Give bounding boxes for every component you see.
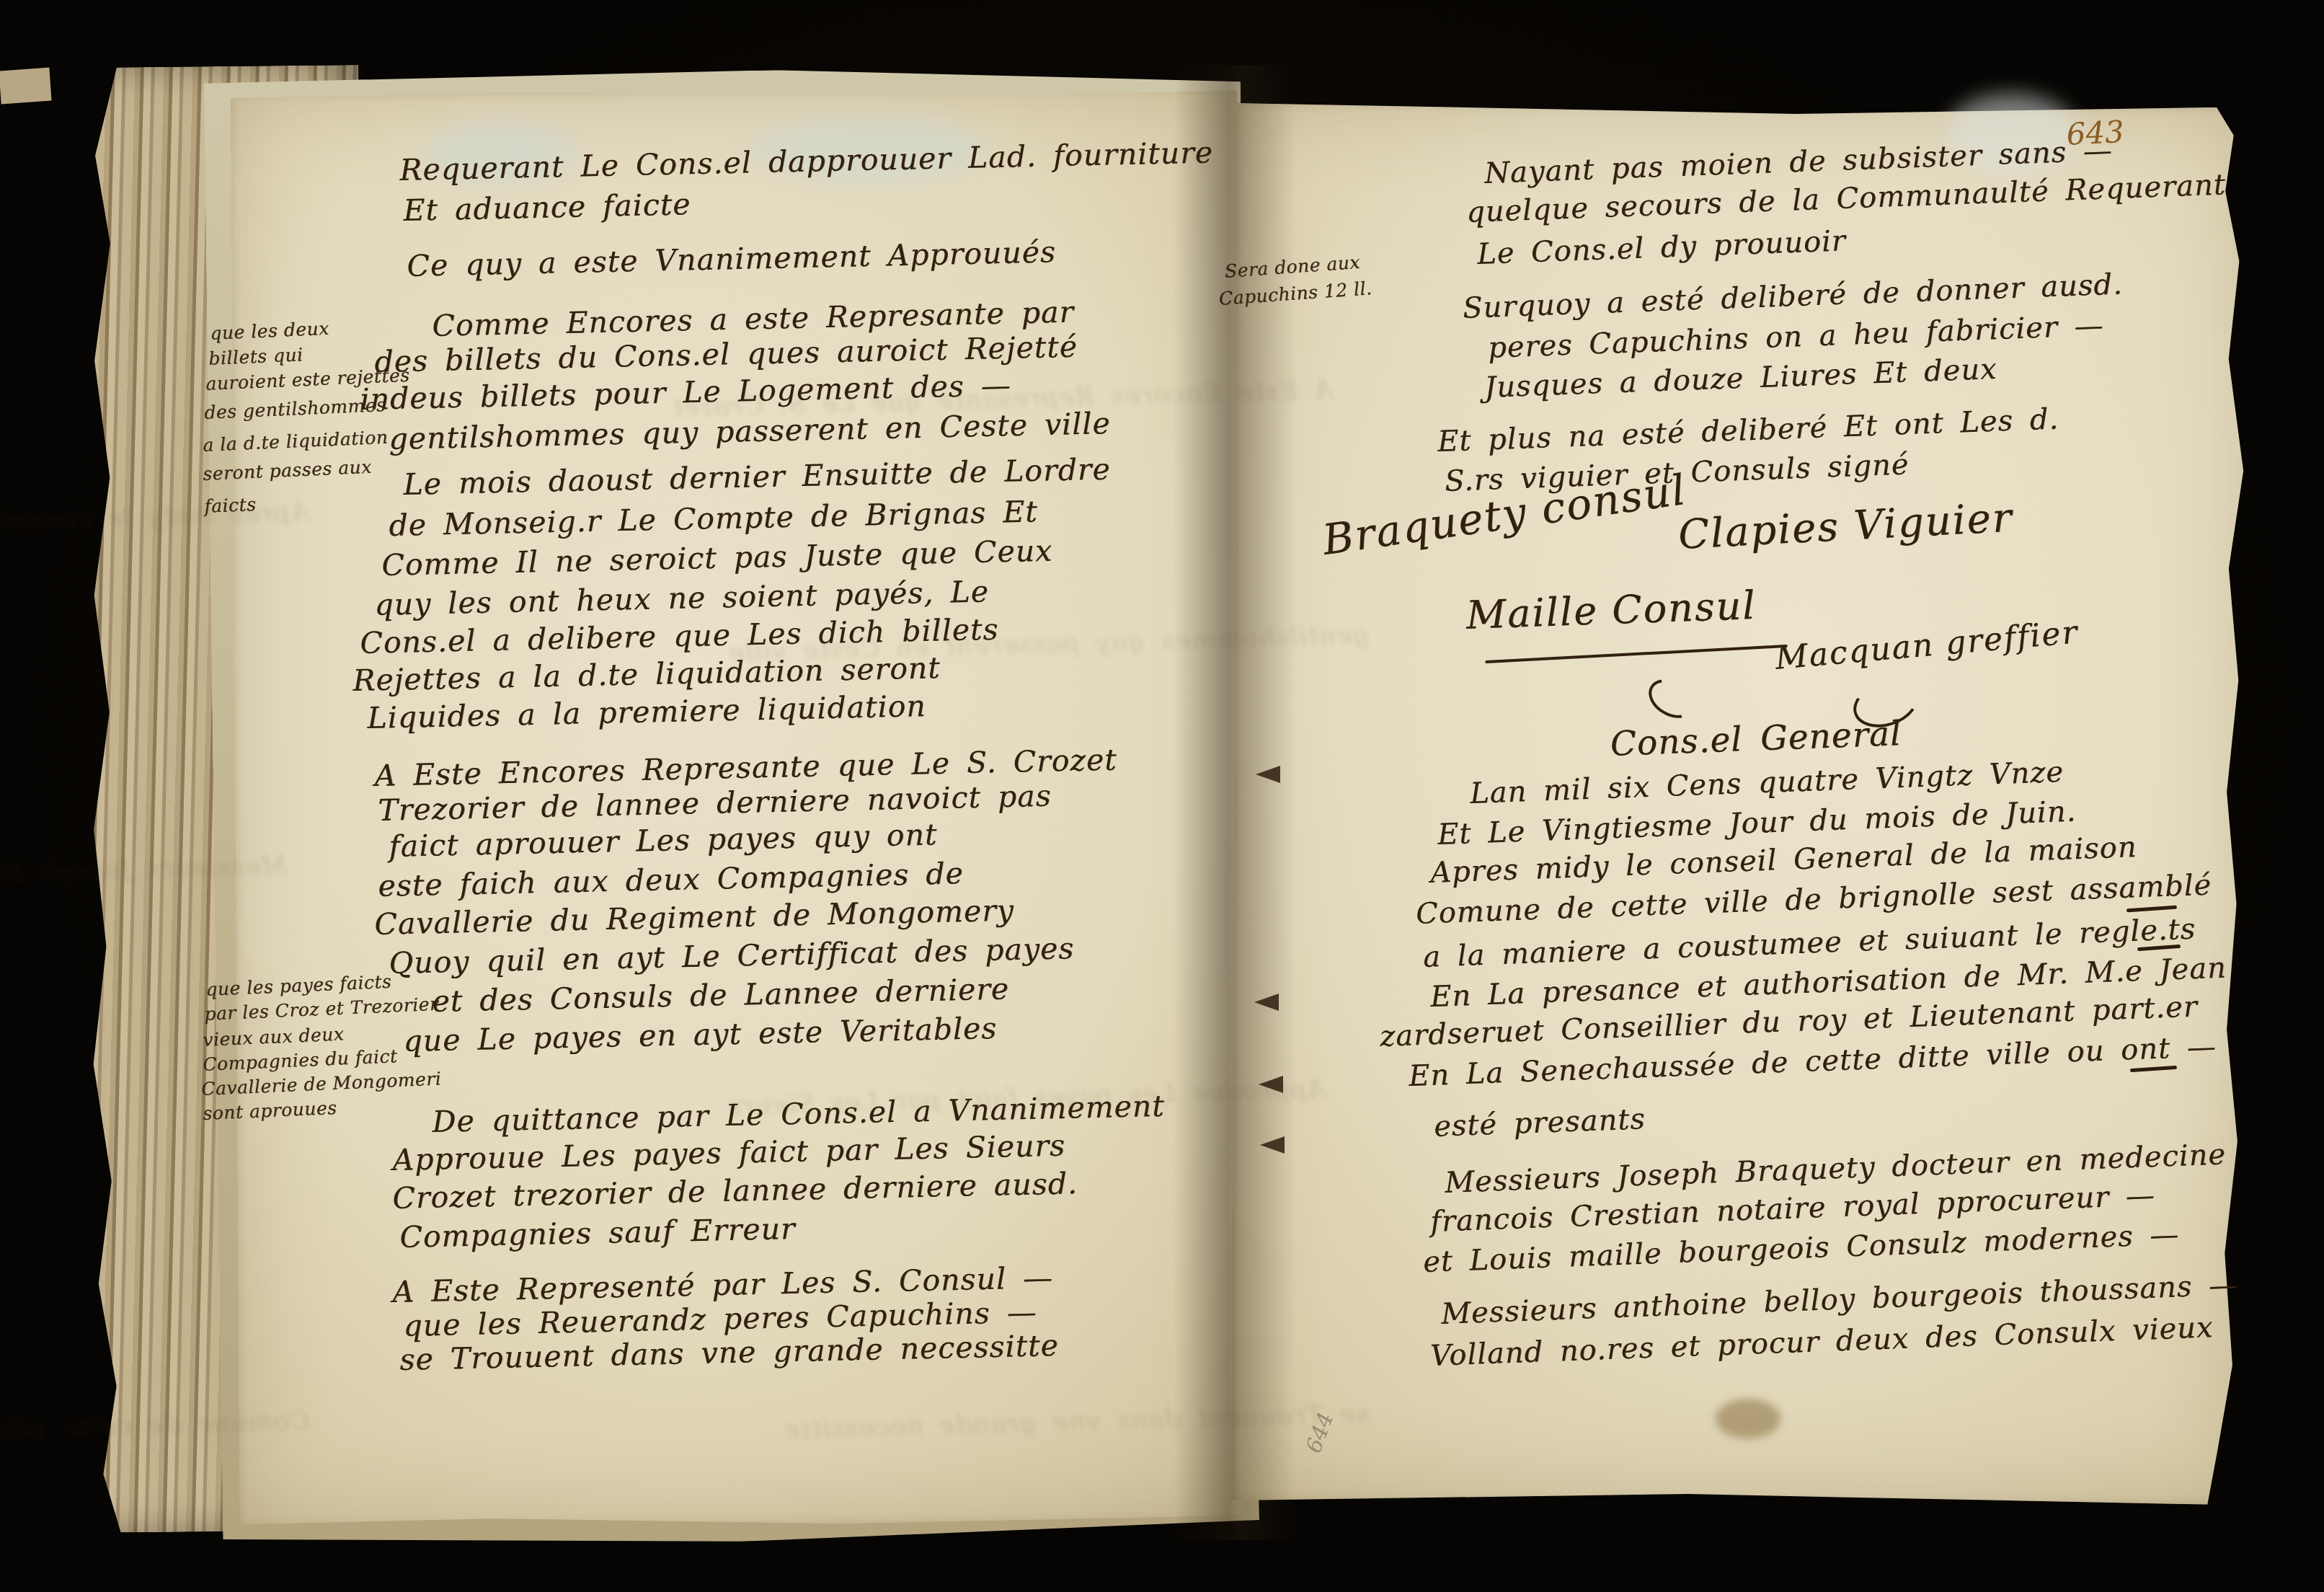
margin-tick: [1254, 994, 1279, 1011]
margin-tick: [1256, 766, 1280, 783]
margin-tick: [1260, 1136, 1285, 1154]
manuscript-line: Et aduance faicte: [403, 187, 691, 228]
margin-tick: [1259, 1076, 1283, 1093]
margin-note-line: faicts: [204, 494, 257, 517]
margin-note-line: billets qui: [208, 344, 303, 369]
manuscript-photo: Apres midy le conseil General de la mais…: [0, 0, 2324, 1592]
page-edge-sliver: [0, 68, 52, 105]
